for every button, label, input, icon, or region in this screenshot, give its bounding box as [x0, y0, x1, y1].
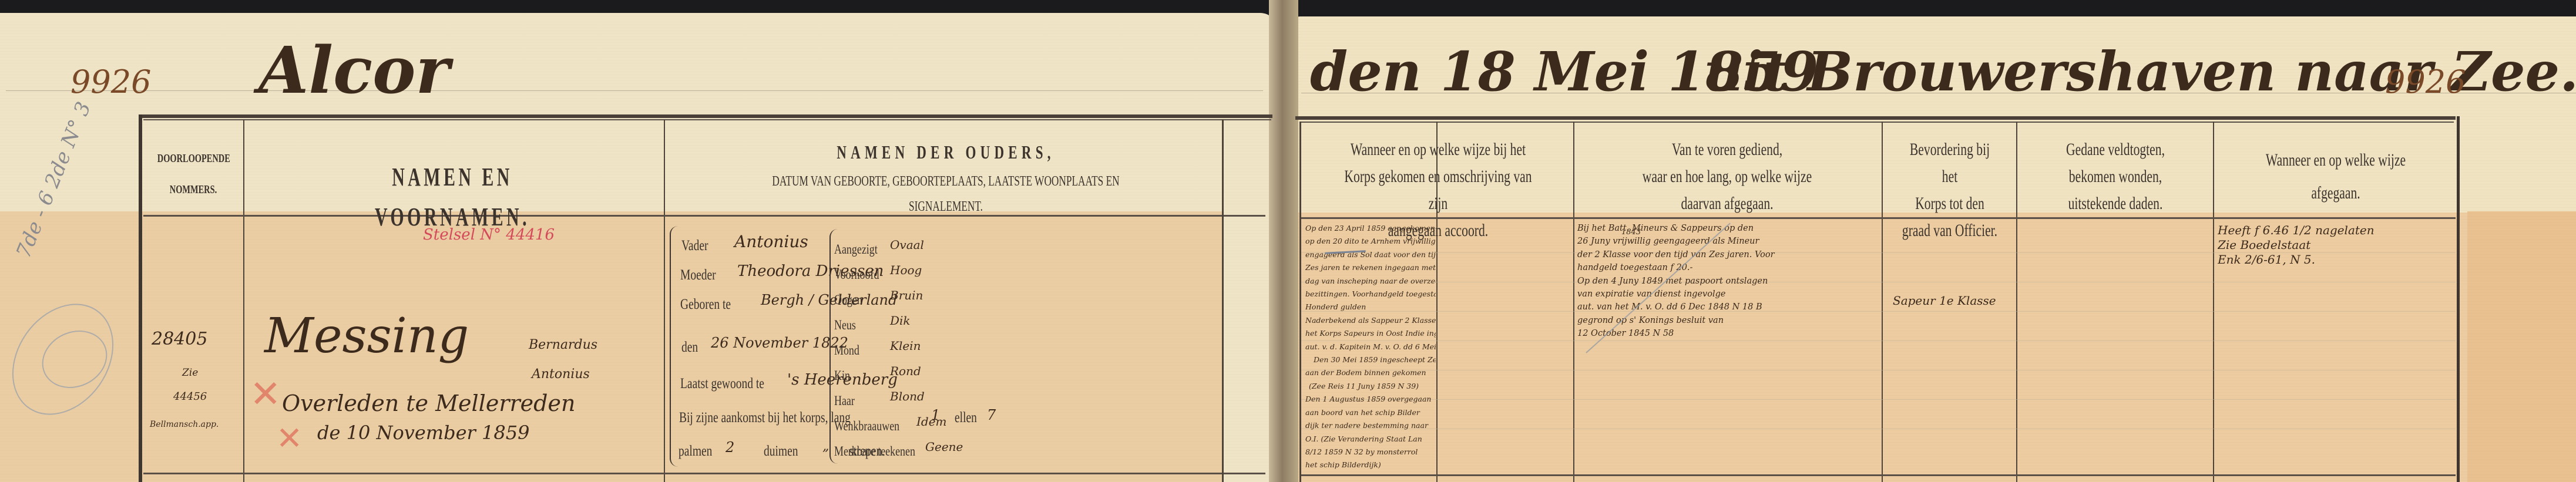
hdr-accoord-line-1: Wanneer en op welke wijze bij het — [1341, 136, 1535, 163]
right-col-divider-3 — [1882, 122, 1883, 482]
accoord-text: Op den 23 April 1859 aangekomen zijnde o… — [1305, 222, 1436, 472]
gediend-line: van expiratie van dienst ingevolge — [1577, 288, 1880, 301]
right-table-left-border — [1299, 122, 1301, 482]
bevordering-value: Sapeur 1e Klasse — [1893, 294, 1996, 308]
afgegaan-line: Heeft f 6.46 1/2 nagelaten — [2218, 223, 2456, 238]
sig-value-kin: Rond — [890, 364, 921, 378]
header-bevordering: Bevordering bij het Korps tot den graad … — [1902, 136, 1998, 244]
label-laatst-gewoond: Laatst gewoond te — [680, 376, 764, 392]
header-veldtogten: Gedane veldtogten, bekomen wonden, uitst… — [2045, 136, 2185, 217]
gediend-text: Bij het Batt. Mineurs & Sappeurs op den … — [1577, 222, 1880, 341]
entry-number: 28405 — [152, 329, 207, 349]
accoord-line: Zes jaren te rekenen ingegaan met den — [1305, 261, 1436, 274]
accoord-line: op den 20 dito te Arnhem vrijwillig ge — [1305, 235, 1436, 248]
value-strepen: „ — [822, 439, 829, 454]
sig-value-mond: Klein — [890, 339, 921, 353]
hdr-accoord-line-2: Korps gekomen en omschrijving van zijn — [1341, 163, 1535, 217]
accoord-line: Honderd gulden — [1305, 301, 1436, 314]
gediend-line: der 2 Klasse voor den tijd van Zes jaren… — [1577, 248, 1880, 261]
sig-label-voorhoofd: Voorhoofd — [834, 267, 879, 282]
gediend-line: Op den 4 Juny 1849 met paspoort ontslage… — [1577, 275, 1880, 288]
hdr-gediend-line-2: waar en hoe lang, op welke wijze — [1617, 163, 1837, 190]
entry-number-zie: Zie — [182, 367, 198, 379]
value-vader: Antonius — [734, 232, 808, 251]
label-duimen: duimen — [764, 443, 798, 460]
accoord-line: Den 1 Augustus 1859 overgegaan — [1305, 393, 1436, 406]
accoord-line: 8/12 1859 N 32 by monsterrol — [1305, 446, 1436, 459]
header-doorloopende-nommers: DOORLOOPENDE NOMMERS. — [157, 150, 229, 199]
left-row-bottom — [143, 473, 1265, 474]
label-geboren: Geboren te — [680, 296, 731, 313]
red-cross-mark-2: ✕ — [276, 423, 303, 454]
right-col-divider-4 — [2016, 122, 2017, 482]
death-note-line-2: de 10 November 1859 — [317, 422, 529, 444]
accoord-line: O.I. (Zie Verandering Staat Lan — [1305, 433, 1436, 446]
header-ouders-title: NAMEN DER OUDERS, — [747, 138, 1145, 167]
record-number-left: 9926 — [70, 63, 151, 100]
left-table-left-border — [139, 114, 142, 482]
sig-label-aangezigt: Aangezigt — [834, 242, 878, 257]
body-rule-5 — [1301, 370, 2456, 370]
record-number-right: 9926 — [2385, 63, 2466, 100]
hdr-bevordering-line-2: Korps tot den — [1902, 190, 1998, 217]
book-gutter — [1269, 0, 1298, 482]
header-te-voren-gediend: Van te voren gediend, waar en hoe lang, … — [1617, 136, 1837, 217]
entry-number-ref: 44456 — [173, 390, 207, 403]
left-table-top-inner — [143, 119, 1271, 120]
body-rule-7 — [1301, 429, 2456, 429]
sig-label-kin: Kin — [834, 368, 850, 383]
sig-value-aangezigt: Ovaal — [890, 238, 924, 252]
sig-label-merkbare-teekenen: Merkbare teekenen — [834, 444, 915, 459]
right-col-divider-2 — [1573, 122, 1574, 482]
gediend-line: handgeld toegestaan f 20.- — [1577, 261, 1880, 274]
header-namen-der-ouders: NAMEN DER OUDERS, DATUM VAN GEBOORTE, GE… — [747, 138, 1145, 218]
parents-brace — [670, 226, 680, 467]
sig-label-haar: Haar — [834, 393, 855, 409]
hdr-veldtogten-line-2: bekomen wonden, — [2045, 163, 2185, 190]
red-cross-mark-1: ✕ — [250, 376, 281, 413]
given-name-1: Bernardus — [529, 338, 597, 352]
tint-right-edge — [2467, 211, 2576, 482]
accoord-line: aan der Bodem binnen gekomen — [1305, 366, 1436, 379]
title-baseline-left — [6, 90, 1263, 91]
header-doorloopende: DOORLOOPENDE — [157, 150, 229, 168]
sig-value-wenkbraauwen: Idem — [916, 414, 947, 429]
sig-label-wenkbraauwen: Wenkbraauwen — [834, 419, 899, 434]
value-palmen: 7 — [987, 407, 996, 423]
gediend-line: aut. van het M. v. O. dd 6 Dec 1848 N 18… — [1577, 301, 1880, 314]
accoord-line: aut. v. d. Kapitein M. v. O. dd 6 Mei 18… — [1305, 341, 1436, 353]
label-length-intro: Bij zijne aankomst bij het korps, lang — [679, 410, 851, 426]
ship-name: Alcor — [258, 32, 449, 108]
red-stelsel-note: Stelsel N° 44416 — [423, 226, 555, 244]
header-namen-voornamen: NAMEN EN VOORNAMEN. — [313, 157, 592, 237]
sig-value-oogen: Bruin — [890, 288, 923, 302]
right-table-top-border — [1295, 116, 2456, 120]
hdr-afgegaan-line-1: Wanneer en op welke wijze — [2249, 144, 2423, 177]
accoord-line: Op den 23 April 1859 aangekomen zijnde — [1305, 222, 1436, 235]
hdr-afgegaan-line-2: afgegaan. — [2249, 177, 2423, 210]
left-page-inner-edge — [1222, 119, 1224, 482]
afgegaan-line: Enk 2/6-61, N 5. — [2218, 252, 2456, 267]
accoord-line: (Zee Reis 11 Juny 1859 N 39) — [1305, 380, 1436, 393]
right-table-top-inner — [1299, 122, 2454, 123]
afgegaan-text: Heeft f 6.46 1/2 nagelaten Zie Boedelsta… — [2218, 223, 2456, 267]
accoord-line: dijk ter nadere bestemming naar — [1305, 419, 1436, 432]
label-ellen: ellen — [955, 410, 977, 426]
hdr-veldtogten-line-1: Gedane veldtogten, — [2045, 136, 2185, 163]
accoord-line: engageerd als Sol daat voor den tijd van — [1305, 248, 1436, 261]
hdr-bevordering-line-3: graad van Officier. — [1902, 217, 1998, 244]
right-row-bottom — [1301, 474, 2456, 476]
hdr-gediend-line-3: daarvan afgegaan. — [1617, 190, 1837, 217]
hdr-gediend-line-1: Van te voren gediend, — [1617, 136, 1837, 163]
sig-value-voorhoofd: Hoog — [890, 263, 922, 277]
accoord-line: bezittingen. Voorhandgeld toegestaan — [1305, 288, 1436, 301]
label-moeder: Moeder — [680, 267, 716, 284]
label-vader: Vader — [681, 238, 708, 254]
right-table-right-border — [2457, 116, 2460, 482]
hdr-bevordering-line-1: Bevordering bij het — [1902, 136, 1998, 190]
body-rule-6 — [1301, 399, 2456, 400]
left-col-divider-2 — [664, 119, 665, 482]
accoord-line: het schip Bilderdijk) — [1305, 459, 1436, 471]
death-note-line-1: Overleden te Mellerreden — [282, 390, 575, 416]
hdr-veldtogten-line-3: uitstekende daden. — [2045, 190, 2185, 217]
body-rule-4 — [1301, 341, 2456, 341]
sig-value-haar: Blond — [890, 389, 925, 403]
gediend-line: 26 Juny vrijwillig geengageerd als Mineu… — [1577, 235, 1880, 248]
gediend-line: 12 October 1845 N 58 — [1577, 327, 1880, 340]
surname: Messing — [264, 308, 469, 364]
sig-value-neus: Dik — [890, 314, 911, 328]
accoord-line: Naderbekend als Sappeur 2 Klasse voor — [1305, 314, 1436, 327]
given-name-2: Antonius — [532, 367, 590, 382]
accoord-line: dag van inscheping naar de overzeesche — [1305, 275, 1436, 288]
sig-label-neus: Neus — [834, 318, 856, 333]
header-ouders-sub1: DATUM VAN GEBOORTE, GEBOORTEPLAATS, LAAT… — [747, 171, 1145, 193]
sig-value-merkbare-teekenen: Geene — [925, 440, 963, 454]
header-nommers: NOMMERS. — [157, 181, 229, 199]
accoord-line: het Korps Sapeurs in Oost Indie ingevolg… — [1305, 327, 1436, 340]
header-ouders-sub2: SIGNALEMENT. — [747, 196, 1145, 218]
left-col-divider-1 — [243, 119, 244, 482]
afgegaan-line: Zie Boedelstaat — [2218, 238, 2456, 252]
right-col-divider-5 — [2213, 122, 2214, 482]
label-den: den — [681, 339, 698, 356]
sig-label-oogen: Oogen — [834, 292, 862, 308]
accoord-line: aan boord van het schip Bilder — [1305, 406, 1436, 419]
label-palmen: palmen — [679, 443, 712, 460]
entry-number-unit: Bellmansch.app. — [150, 420, 219, 429]
value-duimen: 2 — [726, 439, 734, 456]
header-afgegaan: Wanneer en op welke wijze afgegaan. — [2249, 144, 2423, 210]
value-den: 26 November 1822 — [711, 335, 848, 351]
accoord-line: Den 30 Mei 1859 ingescheept Zee schip — [1305, 353, 1436, 366]
sig-label-mond: Mond — [834, 343, 859, 358]
left-table-top-border — [139, 114, 1272, 118]
